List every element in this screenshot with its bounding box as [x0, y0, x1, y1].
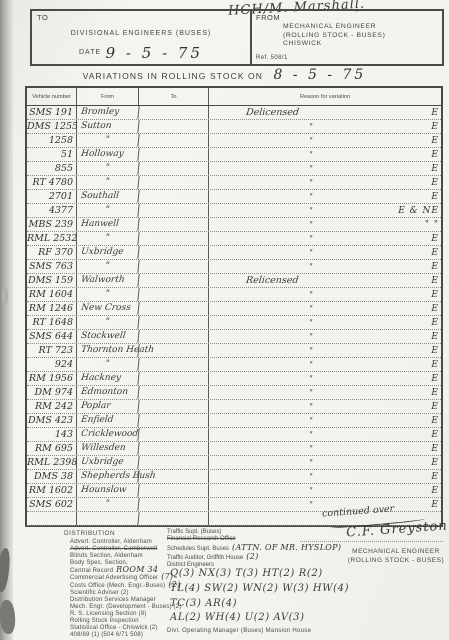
- to-cell: [139, 512, 209, 525]
- from-cell: Hackney: [76, 372, 139, 385]
- from-cell: New Cross: [76, 302, 139, 315]
- reason-text: ": [308, 414, 313, 427]
- reason-text: ": [308, 232, 313, 245]
- reason-text: ": [308, 176, 313, 189]
- to-cell: [139, 442, 209, 455]
- table-row: RT 1648""E: [27, 316, 441, 330]
- garage-code-line: AL(2) WH(4) U(2) AV(3): [170, 611, 349, 626]
- licence-mark: E: [431, 457, 439, 469]
- table-row: RML 2398Uxbridge"E: [27, 456, 441, 470]
- from-cell: Cricklewood: [76, 428, 139, 441]
- list-item-text: Financial Research Office: [167, 536, 236, 542]
- licence-mark: E & NE: [398, 205, 439, 217]
- licence-mark: E: [431, 359, 439, 371]
- table-row: DMS 1255Sutton"E: [27, 120, 441, 134]
- licence-mark: E: [431, 163, 439, 175]
- table-row: RML 2532""E: [27, 232, 441, 246]
- vehicle-number-cell: 2701: [27, 190, 77, 203]
- recipient-items: Traffic Supt. (Buses)Financial Research …: [167, 529, 342, 569]
- licence-mark: E: [431, 289, 439, 301]
- to-label: TO: [37, 13, 48, 22]
- from-cell: Poplar: [76, 400, 139, 413]
- licence-mark: E: [431, 275, 439, 287]
- reason-cell: "E: [209, 176, 441, 189]
- table-row: DMS 38Shepherds Bush"E: [27, 470, 441, 484]
- vehicle-number-cell: RM 1602: [27, 484, 77, 497]
- from-cell: ": [76, 162, 139, 175]
- from-cell: [76, 512, 139, 525]
- vehicle-number-cell: DMS 1255: [27, 120, 77, 133]
- to-cell: [139, 176, 209, 189]
- licence-mark: E: [431, 191, 439, 203]
- column-header-reason: Reason for variation: [209, 88, 441, 105]
- vehicle-number-cell: 51: [27, 148, 77, 161]
- reason-cell: "E: [209, 386, 441, 399]
- to-cell: [139, 134, 209, 147]
- scan-edge-shadow: [0, 0, 13, 640]
- reason-cell: "E: [209, 134, 441, 147]
- reason-text: ": [308, 344, 313, 357]
- scan-artifact: [0, 600, 16, 635]
- from-cell: Shepherds Bush: [76, 470, 139, 483]
- reason-text: ": [308, 456, 313, 469]
- to-cell: [139, 456, 209, 469]
- reason-text: Delicensed: [245, 106, 299, 119]
- list-item-text: Scientific Adviser (2): [70, 590, 129, 596]
- column-header-from: From: [77, 88, 139, 105]
- licence-mark: E: [431, 345, 439, 357]
- list-item-text: Commercial Advertising Officer: [70, 575, 158, 581]
- reason-cell: "E: [209, 358, 441, 371]
- from-cell: ": [76, 204, 139, 217]
- table-row: 855""E: [27, 162, 441, 176]
- reason-cell: "" ": [209, 218, 441, 231]
- from-cell: ": [76, 260, 139, 273]
- reason-cell: "E: [209, 288, 441, 301]
- reason-cell: "E: [209, 246, 441, 259]
- list-item-text: Traffic Supt. (Buses): [167, 529, 221, 535]
- licence-mark: E: [431, 107, 439, 119]
- to-cell: [139, 190, 209, 203]
- list-item-text: Costs Office (Mech. Engr.-Buses): [70, 583, 165, 589]
- list-item-text: Statistical Office - Chiswick (2): [70, 625, 158, 631]
- from-cell: Uxbridge: [76, 456, 139, 469]
- garage-code-line: Q(3) NX(3) T(3) HT(2) R(2): [170, 567, 349, 582]
- reason-text: ": [308, 218, 313, 231]
- dotted-signature-line: [300, 541, 443, 542]
- from-cell: Hounslow: [76, 484, 139, 497]
- licence-mark: E: [431, 177, 439, 189]
- from-cell: ": [76, 232, 139, 245]
- vehicle-number-cell: MBS 239: [27, 218, 77, 231]
- to-cell: [139, 484, 209, 497]
- vehicle-number-cell: 143: [27, 428, 77, 441]
- reason-cell: "E: [209, 148, 441, 161]
- reason-cell: "E: [209, 232, 441, 245]
- table-row: RT 4780""E: [27, 176, 441, 190]
- reason-text: ": [308, 288, 313, 301]
- vehicle-number-cell: RML 2532: [27, 232, 77, 245]
- to-cell: [139, 358, 209, 371]
- column-header-to: To: [139, 88, 209, 105]
- reason-text: ": [308, 120, 313, 133]
- reason-cell: "E: [209, 428, 441, 441]
- table-row: SMS 191BromleyDelicensedE: [27, 106, 441, 120]
- reason-cell: "E: [209, 162, 441, 175]
- table-row: 2701Southall"E: [27, 190, 441, 204]
- reason-cell: "E: [209, 316, 441, 329]
- list-item-text: R. S. Licensing Section (8): [70, 611, 146, 617]
- table-row: 51Holloway"E: [27, 148, 441, 162]
- reason-text: ": [308, 134, 313, 147]
- vehicle-number-cell: RM 1246: [27, 302, 77, 315]
- list-item-text: Distribution Services Manager: [70, 597, 156, 603]
- from-cell: Bromley: [76, 106, 139, 119]
- from-cell: Thornton Heath: [76, 344, 139, 357]
- from-line: (ROLLING STOCK - BUSES): [283, 32, 385, 41]
- vehicle-number-cell: SMS 602: [27, 498, 77, 511]
- licence-mark: " ": [425, 219, 439, 231]
- reason-text: ": [308, 358, 313, 371]
- licence-mark: E: [431, 373, 439, 385]
- vehicle-number-cell: RT 723: [27, 344, 77, 357]
- from-cell: ": [76, 288, 139, 301]
- handwritten-addition: (2): [246, 552, 258, 561]
- to-cell: [139, 274, 209, 287]
- reason-text: Relicensed: [245, 274, 299, 287]
- licence-mark: E: [431, 443, 439, 455]
- table-row: 1258""E: [27, 134, 441, 148]
- table-row: RF 370Uxbridge"E: [27, 246, 441, 260]
- ref-number: Ref. 508/1: [256, 55, 288, 61]
- from-line: CHISWICK: [283, 40, 385, 49]
- reason-cell: "E: [209, 414, 441, 427]
- table-row: SMS 763""E: [27, 260, 441, 274]
- licence-mark: E: [431, 233, 439, 245]
- licence-mark: E: [431, 401, 439, 413]
- reason-cell: "E: [209, 442, 441, 455]
- title-text: VARIATIONS IN ROLLING STOCK ON: [83, 71, 263, 81]
- table-row: DM 974Edmonton"E: [27, 386, 441, 400]
- from-cell: Enfield: [76, 414, 139, 427]
- reason-cell: "E: [209, 120, 441, 133]
- to-cell: [139, 414, 209, 427]
- reason-cell: "E & NE: [209, 204, 441, 217]
- signatory-line: MECHANICAL ENGINEER: [344, 547, 448, 556]
- date-handwritten: 9 - 5 - 75: [106, 44, 203, 62]
- to-value: DIVISIONAL ENGINEERS (BUSES): [32, 30, 250, 37]
- reason-cell: "E: [209, 330, 441, 343]
- date-line: DATE 9 - 5 - 75: [32, 44, 250, 63]
- handwritten-addition: ROOM 34: [116, 565, 158, 574]
- column-header-vehicle-number: Vehicle number: [27, 88, 77, 105]
- garage-code-line: TC(3) AR(4): [170, 597, 349, 612]
- scanned-document-page: HCH/M. Marshall. TO DIVISIONAL ENGINEERS…: [0, 0, 449, 640]
- vehicle-number-cell: RT 1648: [27, 316, 77, 329]
- vehicle-number-cell: DM 974: [27, 386, 77, 399]
- from-line: MECHANICAL ENGINEER: [283, 23, 385, 32]
- to-cell: [139, 120, 209, 133]
- list-item-text: 408/69 (1) (504 6/71 508): [70, 632, 143, 638]
- list-item-text: Traffic Auditor, Griffith House: [167, 555, 243, 561]
- reason-text: ": [308, 330, 313, 343]
- reason-text: ": [308, 484, 313, 497]
- to-cell: [139, 372, 209, 385]
- vehicle-number-cell: RML 2398: [27, 456, 77, 469]
- to-cell: [139, 106, 209, 119]
- from-cell: Southall: [76, 190, 139, 203]
- reason-cell: "E: [209, 484, 441, 497]
- title-date-handwritten: 8 - 5 - 75: [273, 67, 366, 83]
- signatory-line: (ROLLING STOCK - BUSES): [344, 556, 448, 565]
- to-cell: [139, 204, 209, 217]
- table-row: DMS 423Enfield"E: [27, 414, 441, 428]
- to-cell: [139, 218, 209, 231]
- licence-mark: E: [431, 317, 439, 329]
- garage-codes-handwritten: Q(3) NX(3) T(3) HT(2) R(2)TL(4) SW(2) WN…: [170, 567, 349, 626]
- licence-mark: E: [431, 387, 439, 399]
- to-box: TO DIVISIONAL ENGINEERS (BUSES) DATE 9 -…: [30, 9, 252, 66]
- reason-text: ": [308, 148, 313, 161]
- vehicle-number-cell: 4377: [27, 204, 77, 217]
- table-row: 924""E: [27, 358, 441, 372]
- licence-mark: E: [431, 429, 439, 441]
- table-row: RM 242Poplar"E: [27, 400, 441, 414]
- document-title: VARIATIONS IN ROLLING STOCK ON 8 - 5 - 7…: [0, 66, 449, 84]
- list-item-text: Rolling Stock Inspection: [70, 618, 139, 624]
- list-item-text: Schedules Supt. Buses: [167, 546, 229, 552]
- licence-mark: E: [431, 303, 439, 315]
- list-item-text: Advert. Controller, Camberwell: [70, 546, 157, 552]
- reason-text: ": [308, 316, 313, 329]
- from-address: MECHANICAL ENGINEER (ROLLING STOCK - BUS…: [283, 23, 385, 49]
- stock-table-header: Vehicle number From To Reason for variat…: [27, 88, 441, 106]
- from-cell: Hanwell: [76, 218, 139, 231]
- to-cell: [139, 288, 209, 301]
- to-cell: [139, 232, 209, 245]
- reason-cell: "E: [209, 400, 441, 413]
- to-cell: [139, 148, 209, 161]
- list-item-text: Advert. Controller, Aldenham: [70, 539, 152, 545]
- licence-mark: E: [431, 135, 439, 147]
- date-label: DATE: [79, 49, 101, 56]
- to-cell: [139, 246, 209, 259]
- to-cell: [139, 498, 209, 511]
- signatory-title: MECHANICAL ENGINEER (ROLLING STOCK - BUS…: [344, 547, 448, 565]
- reason-cell: "E: [209, 190, 441, 203]
- to-cell: [139, 400, 209, 413]
- to-cell: [139, 162, 209, 175]
- from-label: FROM: [256, 13, 280, 22]
- divl-operating-manager-line: Divl. Operating Manager (Buses) Mansion …: [167, 628, 311, 634]
- reason-text: ": [308, 428, 313, 441]
- from-cell: ": [76, 316, 139, 329]
- vehicle-number-cell: RF 370: [27, 246, 77, 259]
- reason-text: ": [308, 246, 313, 259]
- list-item-text: Central Record: [70, 568, 113, 574]
- reason-cell: "E: [209, 260, 441, 273]
- licence-mark: E: [431, 121, 439, 133]
- list-item-text: Mech. Engr. (Development - Buses) (2): [70, 604, 181, 610]
- garage-code-line: TL(4) SW(2) WN(2) W(3) HW(4): [170, 582, 349, 597]
- to-cell: [139, 316, 209, 329]
- from-cell: ": [76, 176, 139, 189]
- reason-cell: DelicensedE: [209, 106, 441, 119]
- table-row: RM 1246New Cross"E: [27, 302, 441, 316]
- from-cell: Willesden: [76, 442, 139, 455]
- vehicle-number-cell: DMS 423: [27, 414, 77, 427]
- list-item: Traffic Auditor, Griffith House(2): [167, 553, 342, 562]
- from-box: FROM MECHANICAL ENGINEER (ROLLING STOCK …: [250, 9, 444, 66]
- reason-text: ": [308, 204, 313, 217]
- vehicle-number-cell: 924: [27, 358, 77, 371]
- stock-table-body: SMS 191BromleyDelicensedEDMS 1255Sutton"…: [27, 106, 441, 526]
- vehicle-number-cell: SMS 644: [27, 330, 77, 343]
- reason-text: ": [308, 302, 313, 315]
- from-cell: Stockwell: [76, 330, 139, 343]
- vehicle-number-cell: [27, 512, 77, 525]
- table-row: RM 1956Hackney"E: [27, 372, 441, 386]
- from-cell: ": [76, 498, 139, 511]
- reason-text: ": [308, 162, 313, 175]
- reason-cell: RelicensedE: [209, 274, 441, 287]
- handwritten-addition: (ATTN. OF MR. HYSLOP): [232, 543, 341, 552]
- to-cell: [139, 428, 209, 441]
- from-cell: Edmonton: [76, 386, 139, 399]
- licence-mark: E: [431, 261, 439, 273]
- table-row: 143Cricklewood"E: [27, 428, 441, 442]
- licence-mark: E: [431, 471, 439, 483]
- reason-text: ": [308, 190, 313, 203]
- reason-text: ": [308, 400, 313, 413]
- licence-mark: E: [431, 247, 439, 259]
- reason-text: ": [308, 442, 313, 455]
- vehicle-number-cell: RM 1604: [27, 288, 77, 301]
- table-row: RM 695Willesden"E: [27, 442, 441, 456]
- reason-cell: "E: [209, 344, 441, 357]
- reason-text: ": [308, 372, 313, 385]
- table-row: RT 723Thornton Heath"E: [27, 344, 441, 358]
- licence-mark: E: [431, 331, 439, 343]
- licence-mark: E: [431, 499, 439, 511]
- vehicle-number-cell: RM 695: [27, 442, 77, 455]
- reason-cell: "E: [209, 456, 441, 469]
- vehicle-number-cell: RT 4780: [27, 176, 77, 189]
- vehicle-number-cell: 855: [27, 162, 77, 175]
- from-cell: Uxbridge: [76, 246, 139, 259]
- table-row: RM 1602Hounslow"E: [27, 484, 441, 498]
- vehicle-number-cell: RM 242: [27, 400, 77, 413]
- to-cell: [139, 260, 209, 273]
- from-cell: Sutton: [76, 120, 139, 133]
- reason-text: ": [308, 470, 313, 483]
- to-cell: [139, 330, 209, 343]
- licence-mark: E: [431, 485, 439, 497]
- list-item: Traffic Supt. (Buses): [167, 529, 342, 536]
- stock-table: Vehicle number From To Reason for variat…: [25, 86, 443, 527]
- reason-cell: "E: [209, 302, 441, 315]
- reason-cell: "E: [209, 372, 441, 385]
- reason-text: ": [308, 498, 313, 511]
- from-cell: Walworth: [76, 274, 139, 287]
- vehicle-number-cell: DMS 159: [27, 274, 77, 287]
- licence-mark: E: [431, 149, 439, 161]
- recipients-list: Traffic Supt. (Buses)Financial Research …: [167, 529, 342, 569]
- vehicle-number-cell: DMS 38: [27, 470, 77, 483]
- vehicle-number-cell: RM 1956: [27, 372, 77, 385]
- table-row: 4377""E & NE: [27, 204, 441, 218]
- from-cell: ": [76, 358, 139, 371]
- to-cell: [139, 386, 209, 399]
- reason-text: ": [308, 260, 313, 273]
- list-item-text: Blinds Section, Aldenham: [70, 553, 143, 559]
- reason-text: ": [308, 386, 313, 399]
- vehicle-number-cell: 1258: [27, 134, 77, 147]
- vehicle-number-cell: SMS 191: [27, 106, 77, 119]
- from-cell: Holloway: [76, 148, 139, 161]
- table-row: SMS 644Stockwell"E: [27, 330, 441, 344]
- table-row: RM 1604""E: [27, 288, 441, 302]
- from-cell: ": [76, 134, 139, 147]
- table-row: DMS 159WalworthRelicensedE: [27, 274, 441, 288]
- reason-cell: "E: [209, 470, 441, 483]
- scan-artifact: [2, 286, 8, 306]
- licence-mark: E: [431, 415, 439, 427]
- table-row: MBS 239Hanwell"" ": [27, 218, 441, 232]
- to-cell: [139, 302, 209, 315]
- vehicle-number-cell: SMS 763: [27, 260, 77, 273]
